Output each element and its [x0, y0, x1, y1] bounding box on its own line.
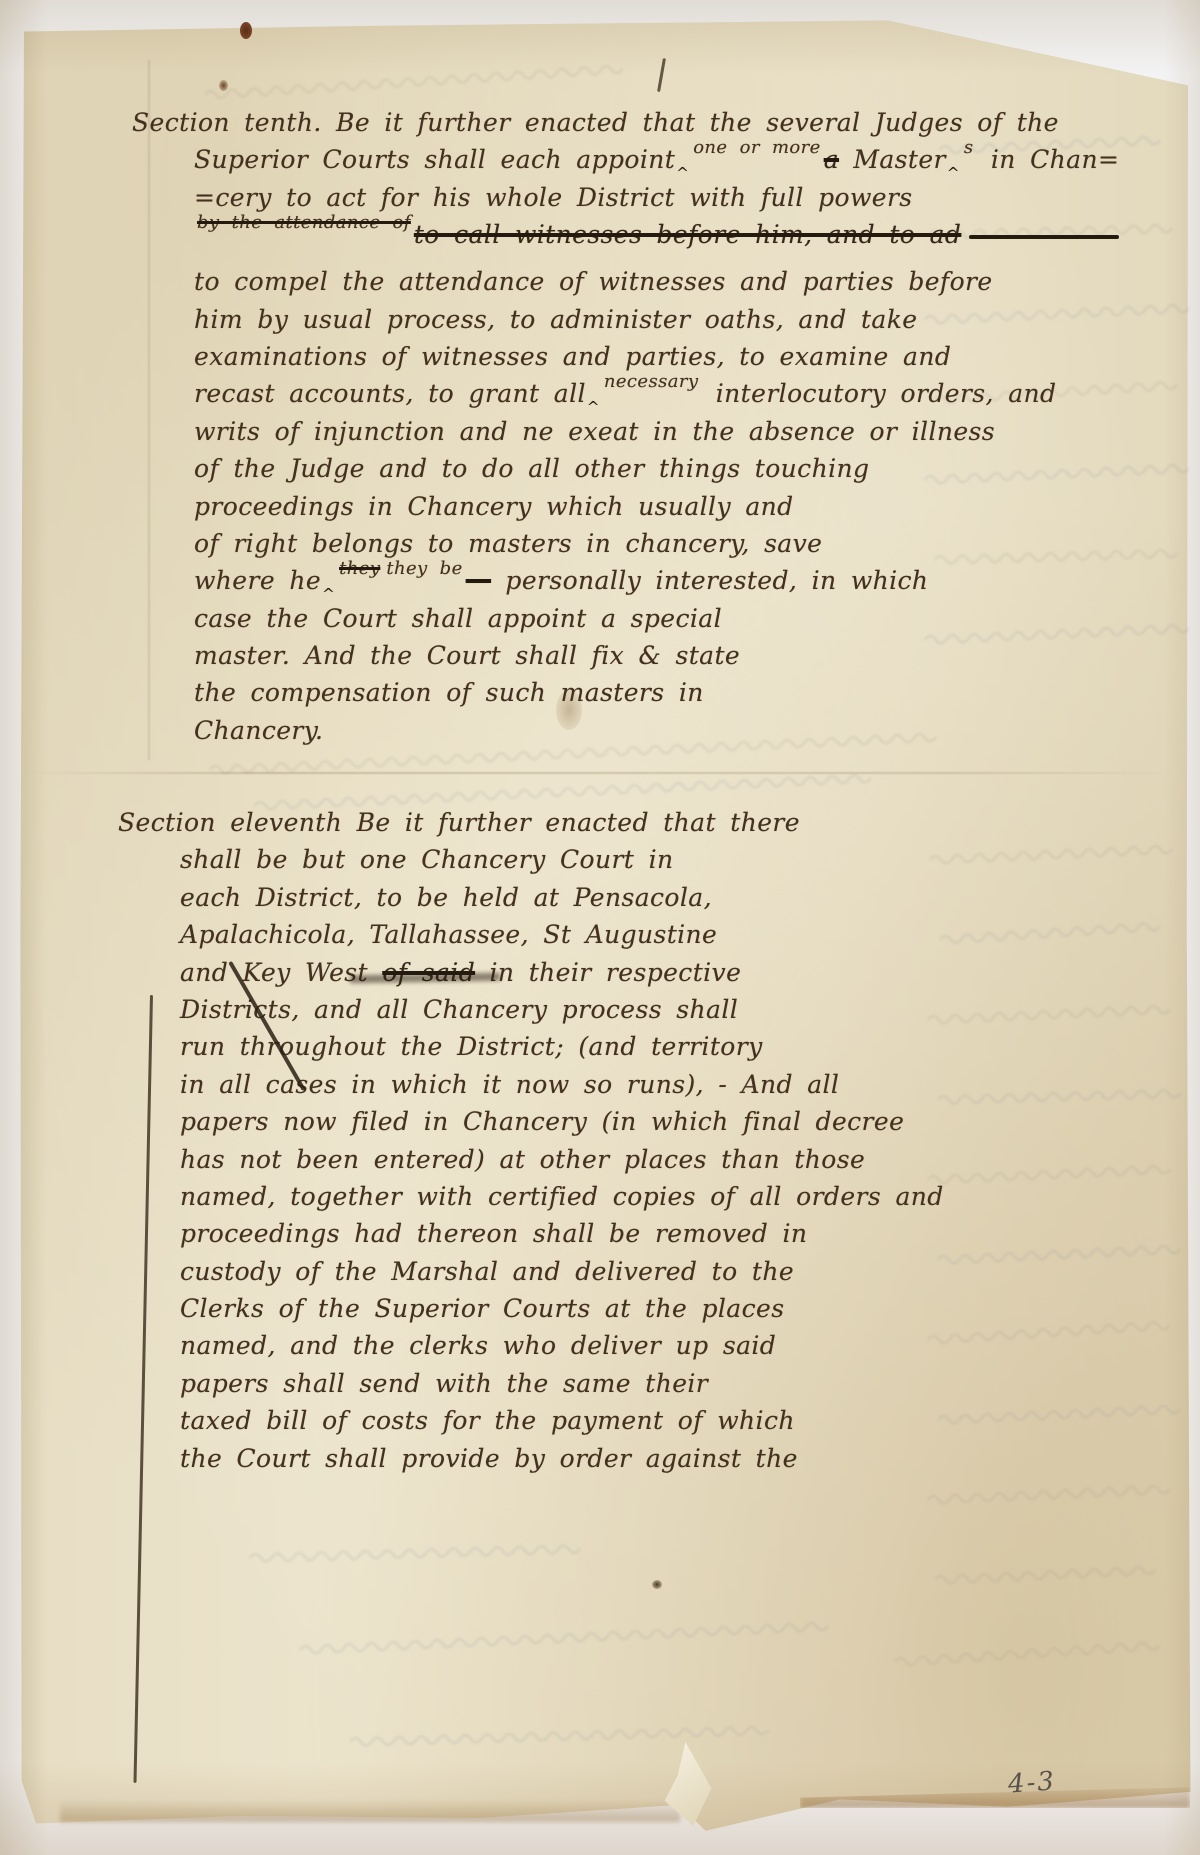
- manuscript-line: the Court shall provide by order against…: [180, 1442, 944, 1479]
- manuscript-line: taxed bill of costs for the payment of w…: [180, 1404, 944, 1441]
- manuscript-line: Section eleventh Be it further enacted t…: [118, 806, 944, 843]
- struck-insertion: by the attendance of: [197, 216, 411, 230]
- text-segment: Chancery.: [194, 716, 323, 745]
- caret-mark: ^: [322, 577, 335, 611]
- manuscript-line: has not been entered) at other places th…: [180, 1143, 944, 1180]
- text-segment: to compel the attendance of witnesses an…: [194, 267, 993, 296]
- manuscript-line: papers now filed in Chancery (in which f…: [180, 1105, 944, 1142]
- caret-mark: ^: [587, 390, 600, 424]
- text-segment: each District, to be held at Pensacola,: [180, 883, 712, 912]
- text-segment: taxed bill of costs for the payment of w…: [180, 1406, 795, 1435]
- interlinear-insertion: s: [964, 141, 974, 155]
- text-segment: master. And the Court shall fix & state: [194, 641, 740, 670]
- text-segment: =cery to act for his whole District with…: [194, 183, 913, 212]
- manuscript-line: named, together with certified copies of…: [180, 1180, 944, 1217]
- strike-rule: [969, 235, 1119, 239]
- struck-text: to call witnesses before him, and to ad: [414, 220, 961, 249]
- text-segment: where he: [194, 566, 321, 595]
- text-segment: custody of the Marshal and delivered to …: [180, 1257, 794, 1286]
- text-segment: proceedings in Chancery which usually an…: [194, 492, 794, 521]
- text-segment: the compensation of such masters in: [194, 678, 704, 707]
- bottom-edge-staining: [60, 1800, 680, 1822]
- text-segment: personally interested, in which: [491, 566, 928, 595]
- manuscript-line: him by usual process, to administer oath…: [194, 303, 1119, 340]
- text-segment: in Chan=: [977, 145, 1120, 174]
- manuscript-line: proceedings had thereon shall be removed…: [180, 1217, 944, 1254]
- text-segment: interlocutory orders, and: [701, 379, 1056, 408]
- text-segment: named, and the clerks who deliver up sai…: [180, 1331, 776, 1360]
- text-segment: papers now filed in Chancery (in which f…: [180, 1107, 904, 1136]
- text-segment: the Court shall provide by order against…: [180, 1444, 798, 1473]
- manuscript-line: and Key West of said in their respective: [180, 956, 944, 993]
- text-segment: in their respective: [475, 958, 741, 987]
- scan-background: Section tenth. Be it further enacted tha…: [0, 0, 1200, 1855]
- interlinear-insertion: one or more: [693, 141, 821, 155]
- manuscript-line: proceedings in Chancery which usually an…: [194, 490, 1119, 527]
- manuscript-line: of right belongs to masters in chancery,…: [194, 527, 1119, 564]
- section-tenth-text: Section tenth. Be it further enacted tha…: [132, 106, 1119, 751]
- manuscript-line: shall be but one Chancery Court in: [180, 843, 944, 880]
- text-segment: examinations of witnesses and parties, t…: [194, 342, 951, 371]
- text-segment: recast accounts, to grant all: [194, 379, 586, 408]
- section-eleventh-text: Section eleventh Be it further enacted t…: [118, 806, 944, 1479]
- text-segment: named, together with certified copies of…: [180, 1182, 944, 1211]
- text-segment: has not been entered) at other places th…: [180, 1145, 865, 1174]
- manuscript-line: custody of the Marshal and delivered to …: [180, 1255, 944, 1292]
- text-segment: Section tenth. Be it further enacted tha…: [132, 108, 1059, 137]
- manuscript-line: by the attendance ofto call witnesses be…: [194, 218, 1119, 265]
- text-segment: papers shall send with the same their: [180, 1369, 708, 1398]
- struck-text: a: [824, 145, 839, 174]
- manuscript-line: where he^theythey be— personally interes…: [194, 564, 1119, 601]
- manuscript-line: Chancery.: [194, 714, 1119, 751]
- manuscript-line: Districts, and all Chancery process shal…: [180, 993, 944, 1030]
- archival-page-number: 4-3: [1007, 1766, 1057, 1799]
- manuscript-line: each District, to be held at Pensacola,: [180, 881, 944, 918]
- manuscript-line: run throughout the District; (and territ…: [180, 1030, 944, 1067]
- text-segment: shall be but one Chancery Court in: [180, 845, 673, 874]
- interlinear-insertion: necessary: [604, 375, 699, 389]
- manuscript-line: papers shall send with the same their: [180, 1367, 944, 1404]
- text-segment: of the Judge and to do all other things …: [194, 454, 869, 483]
- manuscript-line: to compel the attendance of witnesses an…: [194, 265, 1119, 302]
- text-segment: in all cases in which it now so runs), -…: [180, 1070, 839, 1099]
- caret-mark: ^: [947, 156, 960, 190]
- struck-insertion: they: [339, 562, 380, 576]
- text-segment: proceedings had thereon shall be removed…: [180, 1219, 807, 1248]
- text-segment: Clerks of the Superior Courts at the pla…: [180, 1294, 784, 1323]
- manuscript-line: master. And the Court shall fix & state: [194, 639, 1119, 676]
- text-segment: Section eleventh Be it further enacted t…: [118, 808, 800, 837]
- text-segment: run throughout the District; (and territ…: [180, 1032, 763, 1061]
- text-segment: Master: [839, 145, 946, 174]
- struck-text: —: [466, 566, 491, 595]
- manuscript-line: named, and the clerks who deliver up sai…: [180, 1329, 944, 1366]
- manuscript-line: of the Judge and to do all other things …: [194, 452, 1119, 489]
- text-segment: him by usual process, to administer oath…: [194, 305, 917, 334]
- text-segment: case the Court shall appoint a special: [194, 604, 722, 633]
- manuscript-line: Apalachicola, Tallahassee, St Augustine: [180, 918, 944, 955]
- interlinear-insertion: they be: [386, 562, 462, 576]
- text-segment: Superior Courts shall each appoint: [194, 145, 675, 174]
- caret-mark: ^: [676, 156, 689, 190]
- horizontal-crease: [30, 772, 1170, 774]
- manuscript-line: writs of injunction and ne exeat in the …: [194, 415, 1119, 452]
- manuscript-line: Superior Courts shall each appoint^one o…: [194, 143, 1119, 180]
- manuscript-line: the compensation of such masters in: [194, 676, 1119, 713]
- manuscript-line: recast accounts, to grant all^necessary …: [194, 377, 1119, 414]
- manuscript-line: Clerks of the Superior Courts at the pla…: [180, 1292, 944, 1329]
- text-segment: of right belongs to masters in chancery,…: [194, 529, 822, 558]
- text-segment: Apalachicola, Tallahassee, St Augustine: [180, 920, 717, 949]
